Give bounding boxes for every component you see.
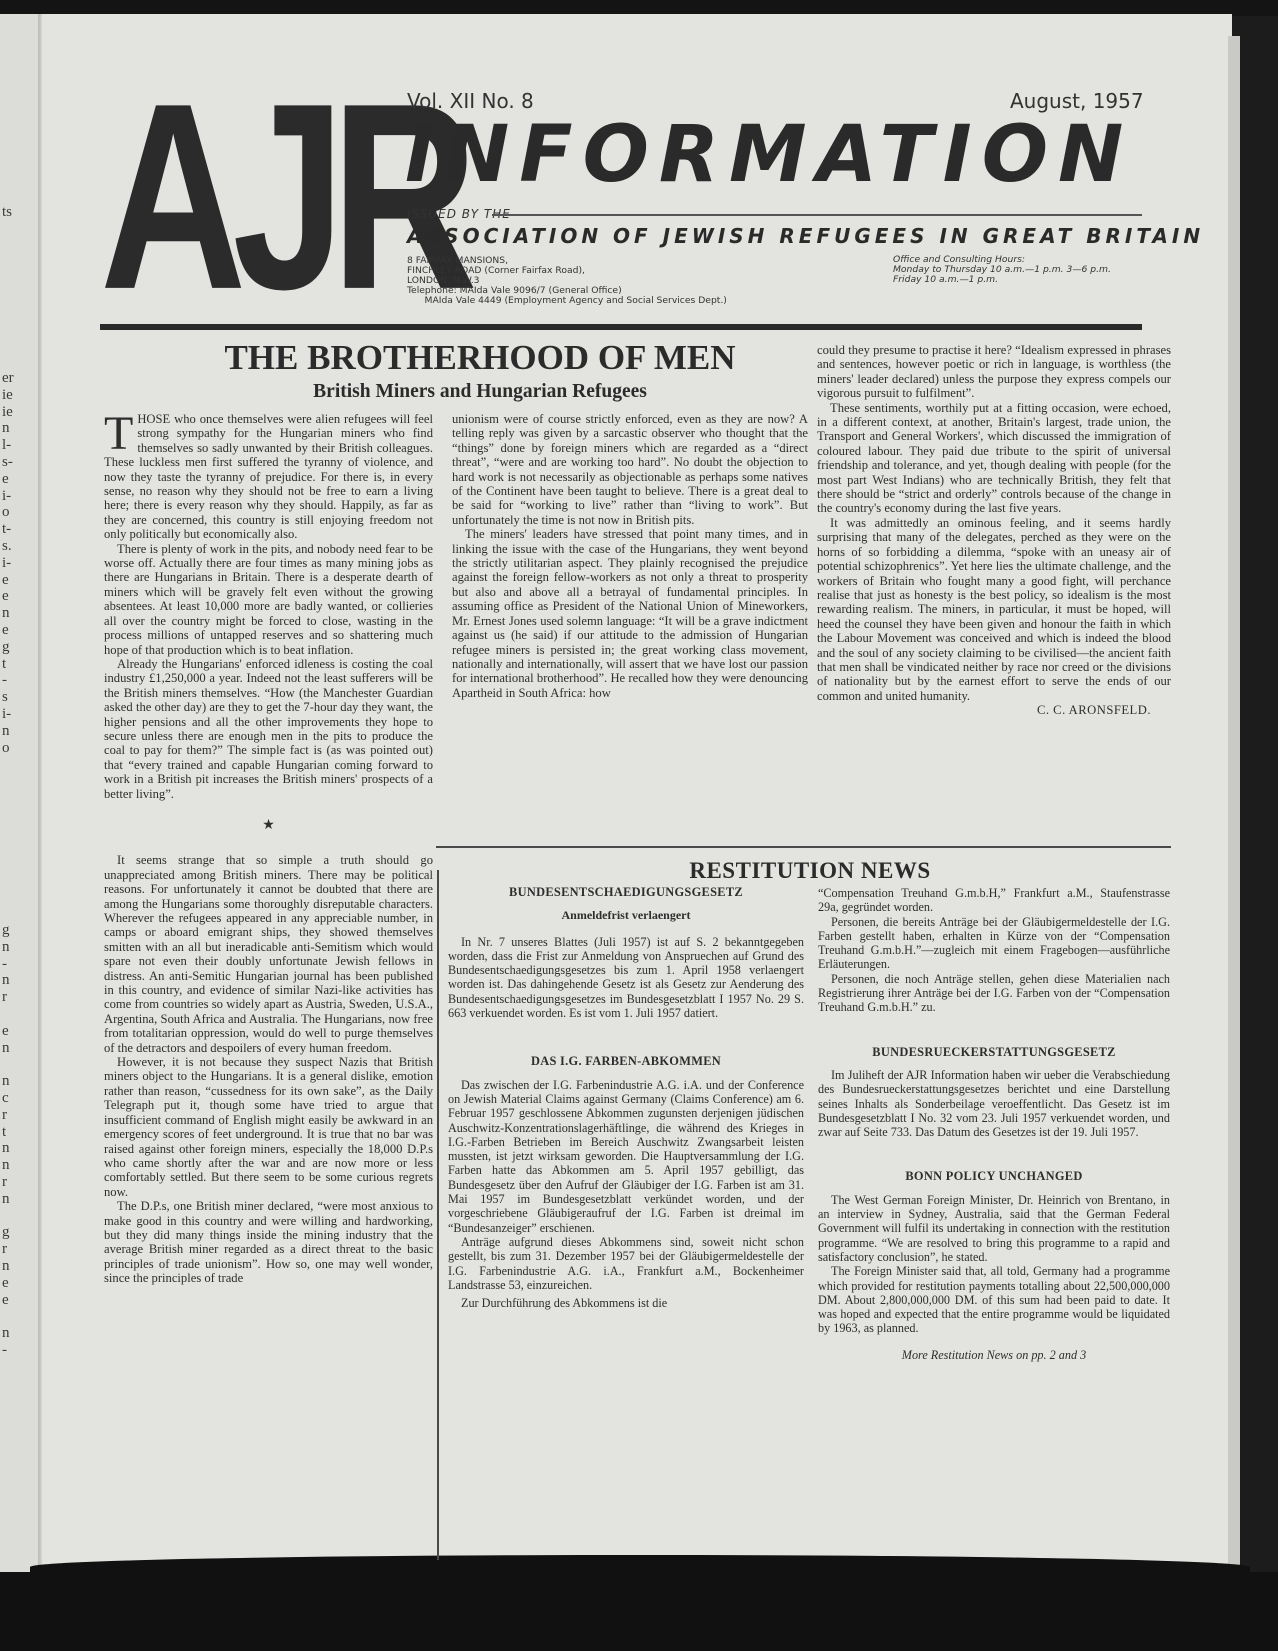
masthead-rule [100,324,1142,330]
news-paragraph: Personen, die noch Anträge stellen, gehe… [818,972,1170,1015]
previous-page-fragment: er ie ie n l- s- e i- o t- s. i- e e n e… [2,370,14,756]
lead-article-column-1: THOSE who once themselves were alien ref… [104,412,433,1286]
section-heading: BUNDESENTSCHAEDIGUNGSGESETZ [448,885,804,899]
scan-border-bottom [0,1572,1278,1651]
article-paragraph: could they presume to practise it here? … [817,343,1171,401]
article-paragraph: The miners' leaders have stressed that p… [452,527,808,700]
article-paragraph: THOSE who once themselves were alien ref… [104,412,433,542]
association-name: ASSOCIATION OF JEWISH REFUGEES IN GREAT … [407,224,1204,248]
continuation-note: More Restitution News on pp. 2 and 3 [818,1348,1170,1362]
news-paragraph: The West German Foreign Minister, Dr. He… [818,1193,1170,1264]
star-separator-icon: ★ [104,819,433,833]
publication-title: INFORMATION [405,114,1133,196]
section-heading: DAS I.G. FARBEN-ABKOMMEN [448,1054,804,1068]
masthead-divider [492,214,1142,216]
news-paragraph: Im Juliheft der AJR Information haben wi… [818,1068,1170,1139]
news-paragraph: Anträge aufgrund dieses Abkommens sind, … [448,1235,804,1292]
article-paragraph: The D.P.s, one British miner declared, “… [104,1199,433,1285]
article-byline: C. C. ARONSFELD. [817,703,1171,717]
news-paragraph: Zur Durchführung des Abkommens ist die [448,1296,804,1310]
previous-page-fragment: g n - n r e n n c r t n n r n g r n e e … [2,922,10,1359]
section-subheading: Anmeldefrist verlaengert [448,908,804,922]
lead-article-column-3: could they presume to practise it here? … [817,343,1171,718]
article-paragraph: It was admittedly an ominous feeling, an… [817,516,1171,703]
article-paragraph: These sentiments, worthily put at a fitt… [817,401,1171,516]
drop-cap: T [104,414,133,454]
news-paragraph: “Compensation Treuhand G.m.b.H,” Frankfu… [818,886,1170,915]
news-paragraph: Personen, die bereits Anträge bei der Gl… [818,915,1170,972]
article-paragraph: Already the Hungarians' enforced idlenes… [104,657,433,801]
restitution-headline: RESTITUTION NEWS [560,858,1060,884]
section-heading: BONN POLICY UNCHANGED [818,1169,1170,1183]
lead-subheadline: British Miners and Hungarian Refugees [230,381,730,403]
lead-headline: THE BROTHERHOOD OF MEN [180,338,780,378]
section-heading: BUNDESRUECKERSTATTUNGSGESETZ [818,1045,1170,1059]
restitution-column-2: “Compensation Treuhand G.m.b.H,” Frankfu… [818,886,1170,1362]
page-edge-right [1228,36,1240,1566]
article-paragraph: There is plenty of work in the pits, and… [104,542,433,657]
article-paragraph: unionism were of course strictly enforce… [452,412,808,527]
news-paragraph: The Foreign Minister said that, all told… [818,1264,1170,1335]
restitution-column-1: BUNDESENTSCHAEDIGUNGSGESETZ Anmeldefrist… [448,885,804,1310]
office-address: 8 FAIRFAX MANSIONS, FINCHLEY ROAD (Corne… [407,256,727,306]
office-hours: Office and Consulting Hours: Monday to T… [893,255,1111,285]
article-paragraph: However, it is not because they suspect … [104,1055,433,1199]
news-paragraph: Das zwischen der I.G. Farbenindustrie A.… [448,1078,804,1235]
ajr-logo: AJR [100,90,328,304]
section-divider [436,846,1171,848]
section-box-rule [437,870,439,1560]
previous-page-edge: ts er ie ie n l- s- e i- o t- s. i- e e … [0,14,42,1574]
news-paragraph: In Nr. 7 unseres Blattes (Juli 1957) ist… [448,935,804,1021]
previous-page-fragment: ts [2,204,12,221]
lead-article-column-2: unionism were of course strictly enforce… [452,412,808,700]
article-paragraph: It seems strange that so simple a truth … [104,853,433,1055]
